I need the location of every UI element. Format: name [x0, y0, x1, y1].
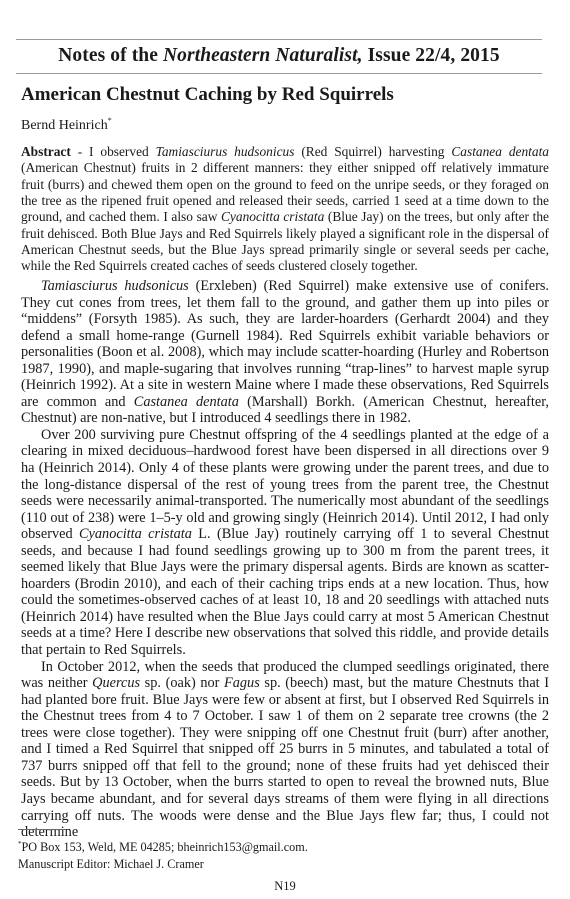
- abstract: Abstract - I observed Tamiasciurus hudso…: [21, 144, 549, 275]
- journal-name: Northeastern Naturalist,: [163, 45, 363, 66]
- page-number: N19: [0, 878, 570, 894]
- paragraph-text: sp. (beech) mast, but the mature Chestnu…: [21, 675, 549, 840]
- paragraph-text: Over 200 surviving pure Chestnut offspri…: [21, 427, 549, 542]
- paragraph-2: Over 200 surviving pure Chestnut offspri…: [21, 427, 549, 659]
- journal-header: Notes of the Northeastern Naturalist, Is…: [16, 44, 542, 68]
- abstract-label: Abstract: [21, 144, 71, 159]
- species-name: Cyanocitta cristata: [221, 209, 324, 224]
- header-bottom-rule: [16, 73, 542, 74]
- footnote-text: PO Box 153, Weld, ME 04285; bheinrich153…: [22, 840, 308, 854]
- paragraph-text: sp. (oak) nor: [140, 675, 224, 691]
- author-footnote: *PO Box 153, Weld, ME 04285; bheinrich15…: [18, 836, 308, 855]
- footnote-rule: [18, 829, 65, 830]
- author-line: Bernd Heinrich*: [21, 112, 112, 135]
- manuscript-editor: Manuscript Editor: Michael J. Cramer: [18, 856, 204, 872]
- paragraph-3: In October 2012, when the seeds that pro…: [21, 659, 549, 841]
- paragraph-text: (Erxleben) (Red Squirrel) make extensive…: [21, 278, 549, 410]
- paragraph-1: Tamiasciurus hudsonicus (Erxleben) (Red …: [21, 278, 549, 427]
- species-name: Cyanocitta cristata: [79, 526, 192, 542]
- author-name: Bernd Heinrich: [21, 118, 108, 133]
- species-name: Tamiasciurus hudsonicus: [41, 278, 189, 294]
- species-name: Tamiasciurus hudsonicus: [156, 144, 295, 159]
- header-issue: Issue 22/4, 2015: [363, 45, 500, 66]
- genus-name: Fagus: [224, 675, 260, 691]
- genus-name: Quercus: [92, 675, 140, 691]
- paragraph-text: L. (Blue Jay) routinely carrying off 1 t…: [21, 526, 549, 658]
- body-text: Tamiasciurus hudsonicus (Erxleben) (Red …: [21, 278, 549, 841]
- abstract-text: - I observed: [71, 144, 156, 159]
- header-prefix: Notes of the: [58, 45, 163, 66]
- abstract-text: (Red Squirrel) harvesting: [294, 144, 451, 159]
- species-name: Castanea dentata: [134, 394, 239, 410]
- article-title: American Chestnut Caching by Red Squirre…: [21, 83, 394, 107]
- species-name: Castanea dentata: [451, 144, 549, 159]
- author-footnote-mark: *: [108, 116, 112, 125]
- header-top-rule: [16, 39, 542, 40]
